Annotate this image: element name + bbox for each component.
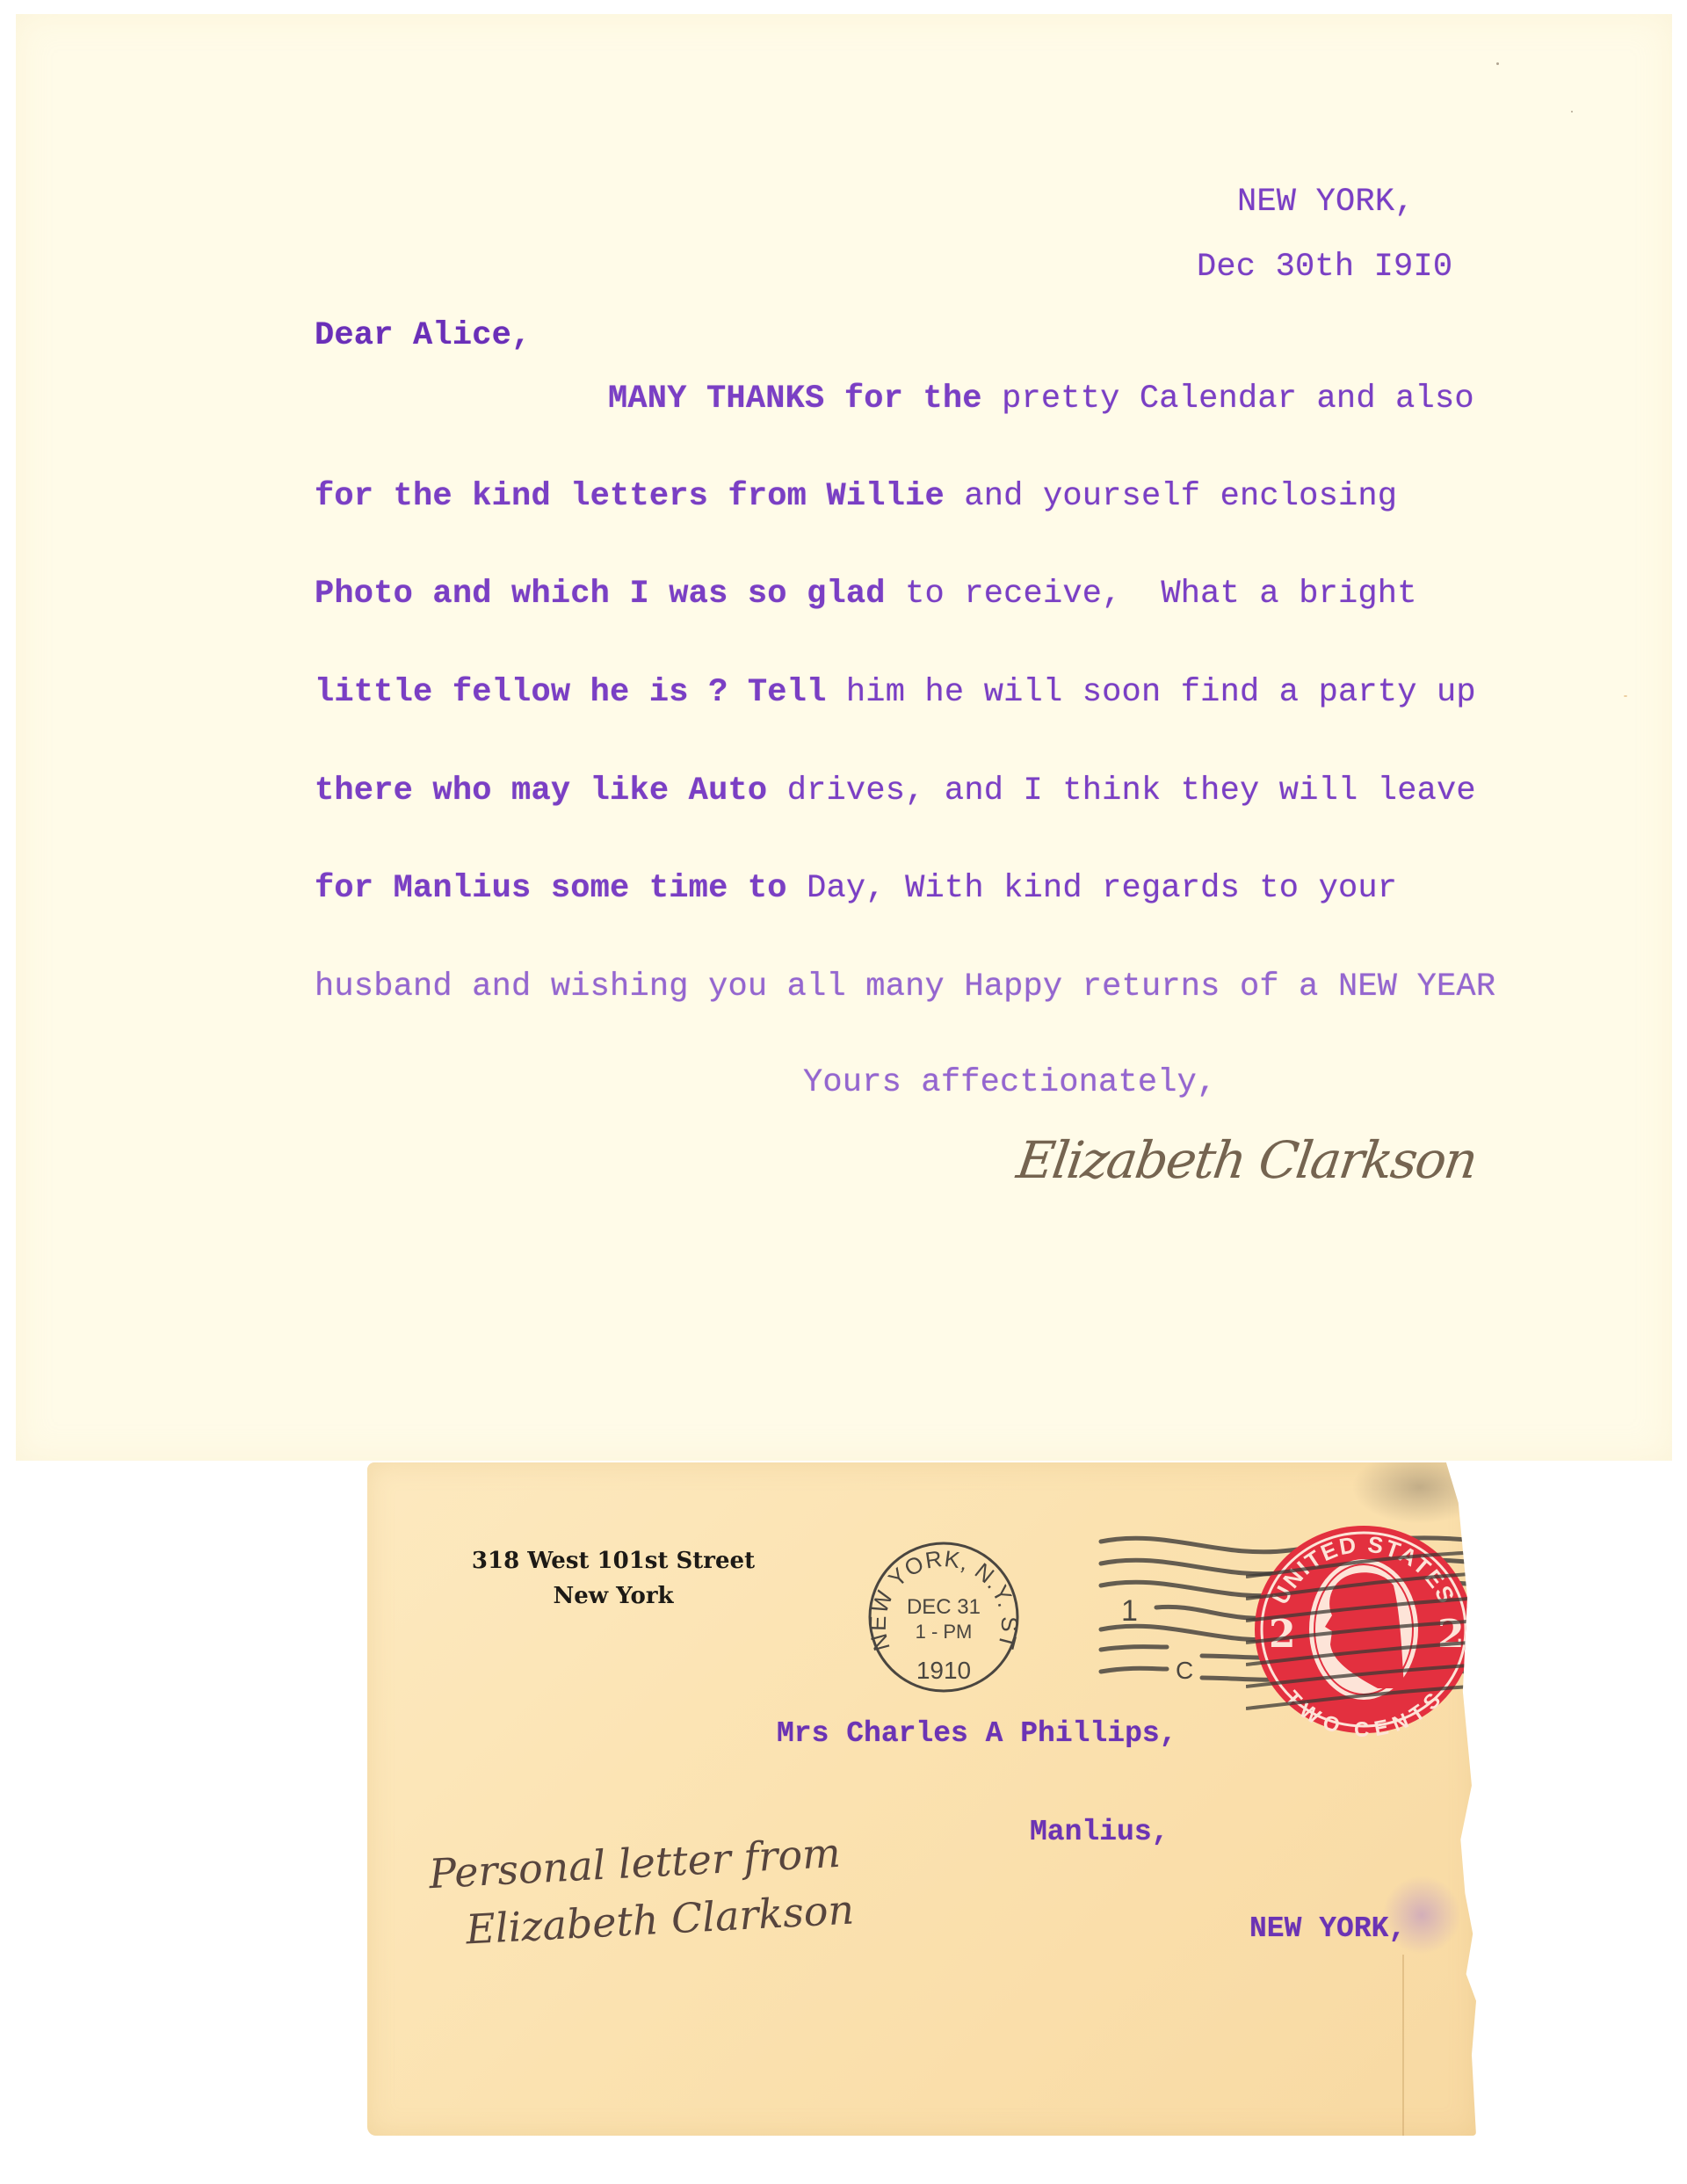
letter-body-line: for the kind letters from Willie and you… xyxy=(315,481,1397,513)
cancellation-letter: C xyxy=(1176,1657,1193,1684)
letter-body-line: for Manlius some time to Day, With kind … xyxy=(315,873,1397,905)
return-address: 318 West 101st Street New York xyxy=(367,1543,859,1614)
letter-body-bold: Photo and which I was so glad xyxy=(315,576,886,613)
paper-speck xyxy=(1624,695,1627,697)
paper-speck xyxy=(1496,62,1499,65)
letter-place: NEW YORK, xyxy=(1237,186,1415,219)
letter-body-rest: to receive, What a bright xyxy=(886,576,1417,613)
recipient-state: NEW YORK, xyxy=(1249,1912,1406,1945)
stamp-denomination-right: 2 xyxy=(1437,1612,1465,1657)
letter-salutation: Dear Alice, xyxy=(315,320,531,352)
letter-date: Dec 30th I9I0 xyxy=(1197,251,1452,284)
letter-body-line: little fellow he is ? Tell him he will s… xyxy=(315,677,1476,709)
letter-body-bold: for Manlius some time to xyxy=(315,870,787,907)
postmark-icon: NEW YORK, N.Y. STA. H DEC 31 1 - PM 1910 xyxy=(866,1540,1021,1694)
letter-closing: Yours affectionately, xyxy=(803,1067,1216,1099)
letter-body-rest: Day, With kind regards to your xyxy=(787,870,1398,907)
postmark-date: DEC 31 xyxy=(907,1595,981,1619)
letter-body-bold: MANY THANKS for the xyxy=(608,381,982,417)
paper-speck xyxy=(1571,111,1573,112)
two-cent-stamp-icon: UNITED STATES TWO CENTS 2 2 xyxy=(1246,1517,1481,1737)
recipient-name: Mrs Charles A Phillips, xyxy=(777,1717,1177,1750)
letter-signature: Elizabeth Clarkson xyxy=(1013,1130,1480,1190)
envelope-crease xyxy=(1402,1955,1404,2136)
postmark-time: 1 - PM xyxy=(916,1621,973,1643)
letter-sheet: NEW YORK, Dec 30th I9I0 Dear Alice, MANY… xyxy=(16,14,1672,1461)
return-address-city: New York xyxy=(367,1578,859,1614)
letter-body-rest: him he will soon find a party up xyxy=(827,674,1476,711)
cancellation-mark: 1 xyxy=(1121,1594,1138,1628)
return-address-street: 318 West 101st Street xyxy=(367,1543,859,1578)
letter-body-line: there who may like Auto drives, and I th… xyxy=(315,775,1476,808)
postmark-year: 1910 xyxy=(916,1657,971,1684)
handwritten-note-line1: Personal letter from xyxy=(428,1830,842,1897)
letter-body-rest: drives, and I think they will leave xyxy=(767,773,1476,809)
envelope: 318 West 101st Street New York NEW YORK,… xyxy=(367,1462,1476,2136)
letter-body-rest: pretty Calendar and also xyxy=(982,381,1474,417)
recipient-town: Manlius, xyxy=(1030,1816,1169,1848)
letter-body-line: Photo and which I was so glad to receive… xyxy=(315,578,1417,611)
letter-body-line: husband and wishing you all many Happy r… xyxy=(315,971,1495,1004)
letter-body-bold: little fellow he is ? Tell xyxy=(315,674,827,711)
letter-body-line: MANY THANKS for the pretty Calendar and … xyxy=(608,383,1474,416)
letter-body-rest: husband and wishing you all many Happy r… xyxy=(315,969,1495,1005)
letter-body-bold: for the kind letters from Willie xyxy=(315,478,945,515)
letter-body-bold: there who may like Auto xyxy=(315,773,767,809)
letter-body-rest: and yourself enclosing xyxy=(945,478,1397,515)
handwritten-note-line2: Elizabeth Clarkson xyxy=(465,1886,855,1953)
